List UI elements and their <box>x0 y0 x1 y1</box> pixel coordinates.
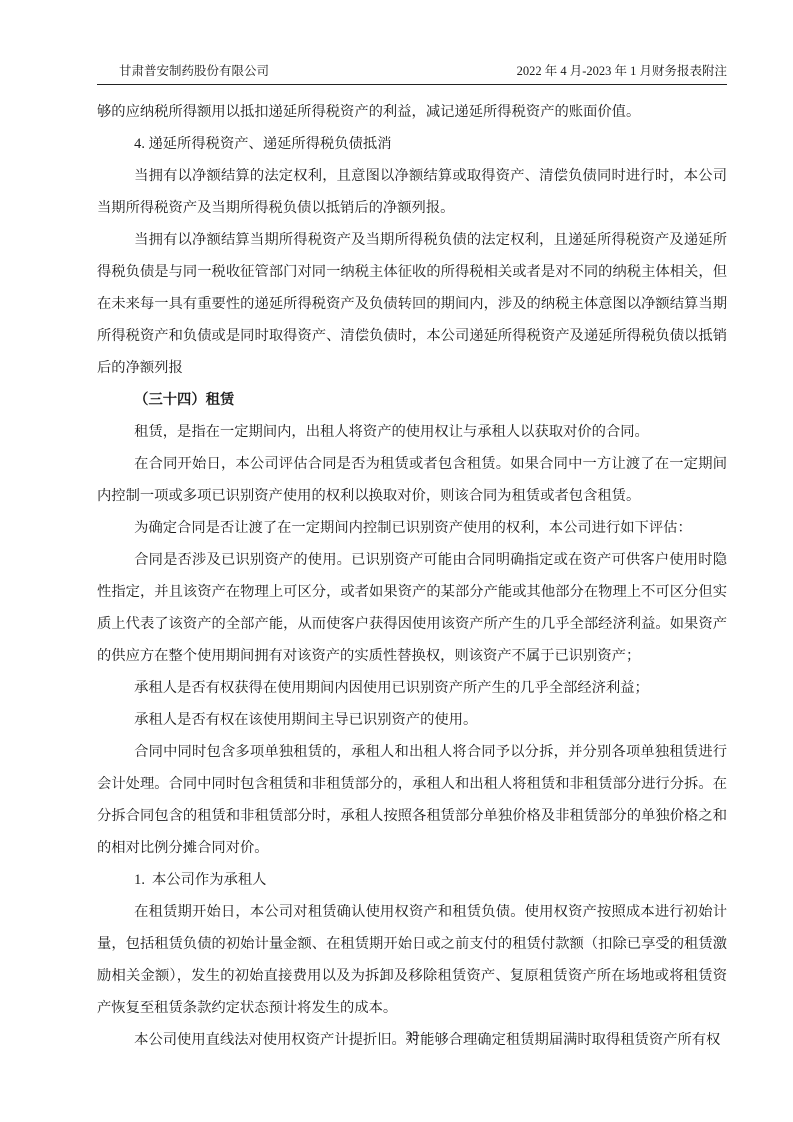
paragraph: 承租人是否有权在该使用期间主导已识别资产的使用。 <box>97 704 727 736</box>
paragraph: 当拥有以净额结算的法定权利，且意图以净额结算或取得资产、清偿负债同时进行时，本公… <box>97 160 727 224</box>
page-number: 35 <box>406 1029 419 1043</box>
paragraph: 承租人是否有权获得在使用期间内因使用已识别资产所产生的几乎全部经济利益； <box>97 672 727 704</box>
page-footer: 35 <box>97 1028 727 1044</box>
paragraph: 租赁，是指在一定期间内，出租人将资产的使用权让与承租人以获取对价的合同。 <box>97 416 727 448</box>
paragraph: 当拥有以净额结算当期所得税资产及当期所得税负债的法定权利，且递延所得税资产及递延… <box>97 224 727 384</box>
paragraph: 合同是否涉及已识别资产的使用。已识别资产可能由合同明确指定或在资产可供客户使用时… <box>97 544 727 672</box>
document-body: 够的应纳税所得额用以抵扣递延所得税资产的利益，减记递延所得税资产的账面价值。4.… <box>97 96 727 1056</box>
header-report-title: 2022 年 4 月-2023 年 1 月财务报表附注 <box>517 63 727 79</box>
page-header: 甘肃普安制药股份有限公司 2022 年 4 月-2023 年 1 月财务报表附注 <box>97 63 727 79</box>
document-page: 甘肃普安制药股份有限公司 2022 年 4 月-2023 年 1 月财务报表附注… <box>0 0 793 1122</box>
paragraph: 为确定合同是否让渡了在一定期间内控制已识别资产使用的权利，本公司进行如下评估： <box>97 512 727 544</box>
header-rule <box>97 84 727 85</box>
section-heading: （三十四）租赁 <box>97 384 727 416</box>
paragraph: 够的应纳税所得额用以抵扣递延所得税资产的利益，减记递延所得税资产的账面价值。 <box>97 96 727 128</box>
paragraph: 1. 本公司作为承租人 <box>97 864 727 896</box>
paragraph: 在合同开始日，本公司评估合同是否为租赁或者包含租赁。如果合同中一方让渡了在一定期… <box>97 448 727 512</box>
paragraph: 在租赁期开始日，本公司对租赁确认使用权资产和租赁负债。使用权资产按照成本进行初始… <box>97 896 727 1024</box>
paragraph: 合同中同时包含多项单独租赁的，承租人和出租人将合同予以分拆，并分别各项单独租赁进… <box>97 736 727 864</box>
paragraph: 4. 递延所得税资产、递延所得税负债抵消 <box>97 128 727 160</box>
header-company-name: 甘肃普安制药股份有限公司 <box>97 63 269 79</box>
